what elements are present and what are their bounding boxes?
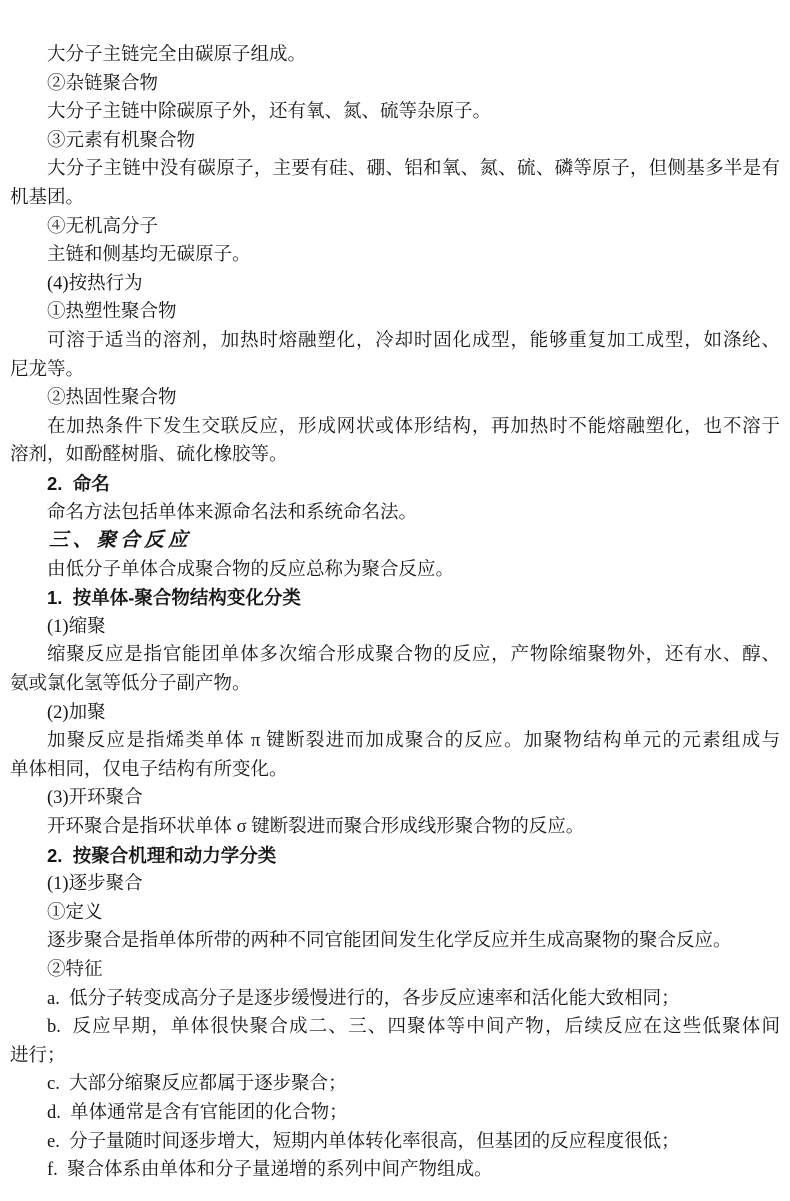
doc-line-continuation: 进行；	[10, 1042, 780, 1071]
subheading-inorganic-polymer: ④无机高分子	[10, 213, 780, 242]
doc-line-continuation: 尼龙等。	[10, 356, 780, 385]
doc-line: 缩聚反应是指官能团单体多次缩合形成聚合物的反应，产物除缩聚物外，还有水、醇、	[10, 641, 780, 670]
doc-line: 逐步聚合是指单体所带的两种不同官能团间发生化学反应并生成高聚物的聚合反应。	[10, 927, 780, 956]
subheading-thermal-behavior: (4)按热行为	[10, 270, 780, 299]
doc-line-continuation: 氨或氯化氢等低分子副产物。	[10, 670, 780, 699]
subheading-ring-opening-polymerization: (3)开环聚合	[10, 784, 780, 813]
list-item-d: d. 单体通常是含有官能团的化合物；	[10, 1099, 780, 1128]
doc-line-continuation: 机基团。	[10, 184, 780, 213]
document-viewport: { "page": { "background_color": "#ffffff…	[0, 0, 790, 1201]
doc-line: 命名方法包括单体来源命名法和系统命名法。	[10, 499, 780, 528]
subheading-characteristics: ②特征	[10, 956, 780, 985]
list-item-c: c. 大部分缩聚反应都属于逐步聚合；	[10, 1070, 780, 1099]
heading-mechanism-kinetics-classification: 2. 按聚合机理和动力学分类	[10, 842, 780, 871]
subheading-hetero-chain-polymer: ②杂链聚合物	[10, 70, 780, 99]
doc-line: 在加热条件下发生交联反应，形成网状或体形结构，再加热时不能熔融塑化，也不溶于	[10, 413, 780, 442]
doc-line: 开环聚合是指环状单体 σ 键断裂进而聚合形成线形聚合物的反应。	[10, 813, 780, 842]
doc-line: 大分子主链中没有碳原子，主要有硅、硼、铝和氧、氮、硫、磷等原子，但侧基多半是有	[10, 155, 780, 184]
document-page: 大分子主链完全由碳原子组成。 ②杂链聚合物 大分子主链中除碳原子外，还有氧、氮、…	[0, 0, 790, 1201]
subheading-polycondensation: (1)缩聚	[10, 613, 780, 642]
subheading-element-organic-polymer: ③元素有机聚合物	[10, 127, 780, 156]
doc-line-continuation: 溶剂，如酚醛树脂、硫化橡胶等。	[10, 441, 780, 470]
heading-naming: 2. 命名	[10, 470, 780, 499]
doc-line: 主链和侧基均无碳原子。	[10, 241, 780, 270]
list-item-e: e. 分子量随时间逐步增大，短期内单体转化率很高，但基团的反应程度很低；	[10, 1128, 780, 1157]
doc-line: 大分子主链完全由碳原子组成。	[10, 41, 780, 70]
doc-line-continuation: 单体相同，仅电子结构有所变化。	[10, 756, 780, 785]
list-item-a: a. 低分子转变成高分子是逐步缓慢进行的，各步反应速率和活化能大致相同；	[10, 985, 780, 1014]
subheading-addition-polymerization: (2)加聚	[10, 699, 780, 728]
subheading-thermosetting-polymer: ②热固性聚合物	[10, 384, 780, 413]
subheading-definition: ①定义	[10, 899, 780, 928]
section-heading-polymerization-reaction: 三、聚合反应	[10, 527, 780, 556]
doc-line: 由低分子单体合成聚合物的反应总称为聚合反应。	[10, 556, 780, 585]
subheading-step-polymerization: (1)逐步聚合	[10, 870, 780, 899]
subheading-thermoplastic-polymer: ①热塑性聚合物	[10, 298, 780, 327]
list-item-b: b. 反应早期，单体很快聚合成二、三、四聚体等中间产物，后续反应在这些低聚体间	[10, 1013, 780, 1042]
doc-line: 可溶于适当的溶剂，加热时熔融塑化，冷却时固化成型，能够重复加工成型，如涤纶、	[10, 327, 780, 356]
heading-monomer-structure-classification: 1. 按单体-聚合物结构变化分类	[10, 584, 780, 613]
doc-line: 大分子主链中除碳原子外，还有氧、氮、硫等杂原子。	[10, 98, 780, 127]
list-item-f: f. 聚合体系由单体和分子量递增的系列中间产物组成。	[10, 1156, 780, 1185]
doc-line: 加聚反应是指烯类单体 π 键断裂进而加成聚合的反应。加聚物结构单元的元素组成与	[10, 727, 780, 756]
